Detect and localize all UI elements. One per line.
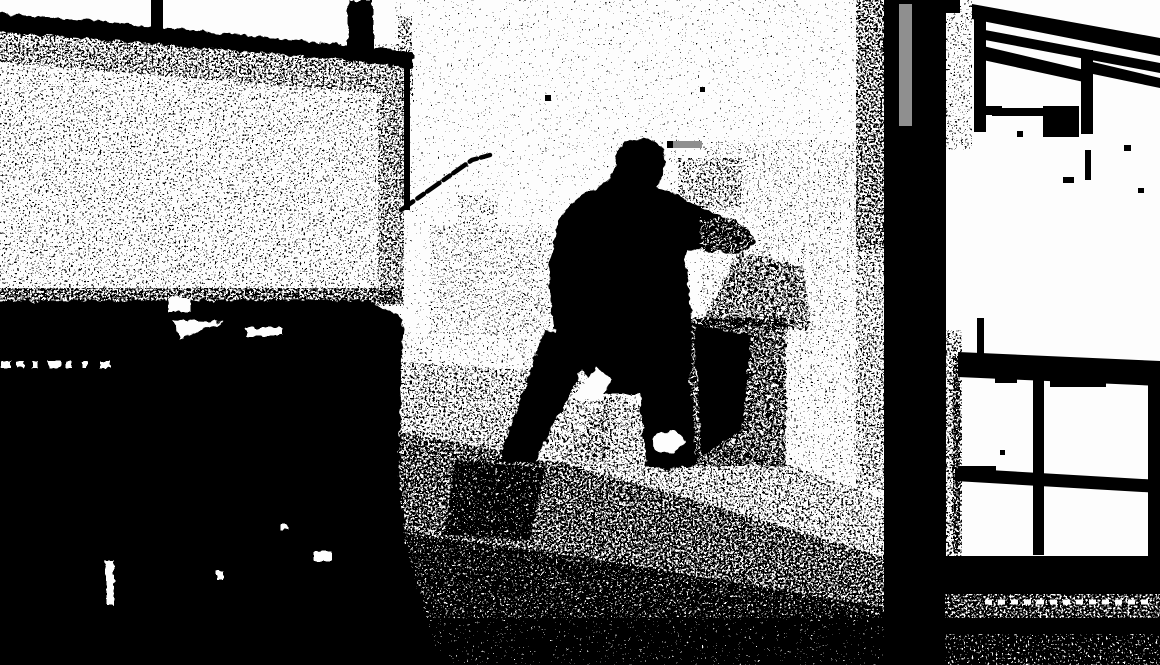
shoe-highlight [652, 431, 684, 453]
right-foot [648, 456, 692, 466]
right-short-bar [1085, 150, 1091, 180]
photo-canvas: Figure against a wall — high-contrast bl… [0, 0, 1160, 665]
railing-panel-dot [1000, 450, 1005, 455]
right-bottom-band-speckle-1 [945, 594, 1160, 618]
doorway-dot-row-2 [18, 361, 24, 368]
doorway-dot-row-4 [48, 361, 61, 368]
pole-left-edge-noise-lower [856, 250, 886, 490]
doorway-block: Dark doorway and shadow block [0, 298, 448, 665]
photo-stage: Figure against a wall — high-contrast bl… [0, 0, 1160, 665]
doorway-top-notch [168, 298, 190, 312]
hand-dither-erode [700, 218, 758, 260]
doorway-dot-row-5 [66, 361, 72, 368]
doorway-white-dash [246, 328, 283, 336]
doorway-shadow-mass [0, 300, 448, 665]
wall-box-mark [1043, 106, 1079, 137]
right-dot-3 [1101, 57, 1107, 62]
railing-top-tab-1 [995, 373, 1017, 383]
motion-streak [672, 141, 702, 148]
motion-streak-dot [667, 141, 673, 148]
ground-shadow-under-feet [445, 460, 545, 540]
right-dot-2 [1124, 145, 1131, 151]
railing-left-edge [953, 356, 960, 552]
doorway-white-dash-2 [313, 551, 332, 561]
doorway-white-dot-2 [282, 524, 288, 530]
right-dot-4 [1138, 188, 1144, 193]
roof-post [151, 0, 163, 29]
roof-corner-mark [348, 0, 373, 57]
doorway-dot-row-1 [2, 361, 11, 368]
pole-gray-streak [899, 4, 912, 126]
pole-shaft [884, 0, 946, 665]
doorway-dot-row-6 [82, 361, 88, 368]
railing-right-vertical [1148, 366, 1160, 556]
doorway-dot-row-7 [100, 361, 109, 368]
right-dot-1 [1017, 131, 1023, 137]
wall-dot-1 [545, 95, 551, 101]
right-dot-5 [1063, 177, 1074, 183]
left-wall-texture [0, 44, 404, 306]
right-post-lower [977, 318, 984, 356]
doorway-dot-row-3 [32, 361, 38, 368]
between-legs-noise [540, 400, 610, 460]
wall-dot-3 [700, 87, 705, 92]
doorway-white-bar [106, 561, 114, 606]
right-bottom-band-speckle-2 [945, 634, 1160, 665]
pole-right-edge-noise-upper [946, 0, 972, 150]
railing-horizontal-step [958, 466, 996, 476]
pole-left-edge-noise-upper [856, 0, 886, 250]
speckle-cluster-by-shoulder [678, 158, 742, 208]
doorway-white-dot-1 [216, 571, 224, 579]
drip-streak-column [458, 195, 498, 335]
right-post-inner [1081, 50, 1093, 134]
railing-middle-vertical [1033, 362, 1044, 555]
railing-top-tab-2 [1050, 379, 1106, 387]
wall-box-line [992, 108, 1044, 116]
